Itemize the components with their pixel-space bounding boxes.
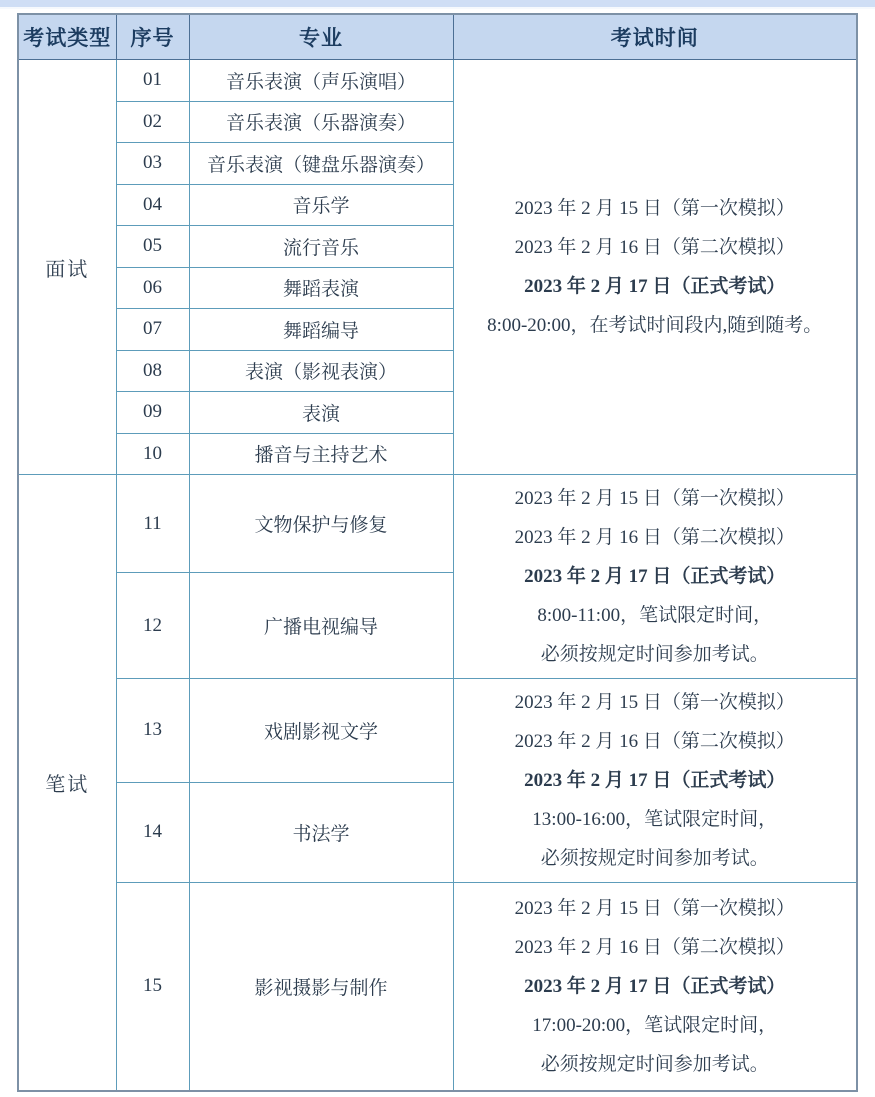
serial-cell: 14 (116, 782, 189, 882)
major-cell: 播音与主持艺术 (189, 433, 453, 475)
serial-cell: 12 (116, 573, 189, 679)
time-cell-written-group2: 2023 年 2 月 15 日（第一次模拟） 2023 年 2 月 16 日（第… (453, 679, 857, 883)
time-line: 17:00-20:00，笔试限定时间， (456, 1006, 855, 1045)
serial-cell: 13 (116, 679, 189, 783)
major-cell: 舞蹈表演 (189, 267, 453, 309)
time-cell-written-group1: 2023 年 2 月 15 日（第一次模拟） 2023 年 2 月 16 日（第… (453, 475, 857, 679)
time-line: 必须按规定时间参加考试。 (456, 635, 855, 674)
major-cell: 流行音乐 (189, 226, 453, 268)
header-exam-type: 考试类型 (18, 14, 116, 60)
header-row: 考试类型 序号 专业 考试时间 (18, 14, 857, 60)
major-cell: 戏剧影视文学 (189, 679, 453, 783)
time-line: 必须按规定时间参加考试。 (456, 839, 855, 878)
time-line: 2023 年 2 月 16 日（第二次模拟） (456, 518, 855, 557)
time-line: 2023 年 2 月 15 日（第一次模拟） (456, 683, 855, 722)
serial-cell: 11 (116, 475, 189, 573)
major-cell: 文物保护与修复 (189, 475, 453, 573)
header-major: 专业 (189, 14, 453, 60)
time-line: 2023 年 2 月 16 日（第二次模拟） (456, 928, 855, 967)
cropped-row-remnant (0, 0, 875, 9)
exam-schedule-table: 考试类型 序号 专业 考试时间 面试 01 音乐表演（声乐演唱） 2023 年 … (17, 13, 858, 1092)
serial-cell: 15 (116, 883, 189, 1091)
time-line-official: 2023 年 2 月 17 日（正式考试） (456, 761, 855, 800)
serial-cell: 04 (116, 184, 189, 226)
time-line: 2023 年 2 月 15 日（第一次模拟） (456, 479, 855, 518)
table-row: 13 戏剧影视文学 2023 年 2 月 15 日（第一次模拟） 2023 年 … (18, 679, 857, 783)
exam-type-interview: 面试 (18, 60, 116, 475)
time-line: 2023 年 2 月 15 日（第一次模拟） (456, 189, 855, 228)
table-row: 笔试 11 文物保护与修复 2023 年 2 月 15 日（第一次模拟） 202… (18, 475, 857, 573)
serial-cell: 02 (116, 101, 189, 143)
time-cell-interview: 2023 年 2 月 15 日（第一次模拟） 2023 年 2 月 16 日（第… (453, 60, 857, 475)
major-cell: 广播电视编导 (189, 573, 453, 679)
time-line: 13:00-16:00，笔试限定时间， (456, 800, 855, 839)
major-cell: 书法学 (189, 782, 453, 882)
serial-cell: 09 (116, 392, 189, 434)
table-row: 面试 01 音乐表演（声乐演唱） 2023 年 2 月 15 日（第一次模拟） … (18, 60, 857, 102)
serial-cell: 05 (116, 226, 189, 268)
table-row: 15 影视摄影与制作 2023 年 2 月 15 日（第一次模拟） 2023 年… (18, 883, 857, 1091)
exam-type-written: 笔试 (18, 475, 116, 1091)
time-line: 2023 年 2 月 16 日（第二次模拟） (456, 228, 855, 267)
time-line-official: 2023 年 2 月 17 日（正式考试） (456, 557, 855, 596)
header-exam-time: 考试时间 (453, 14, 857, 60)
time-line: 8:00-20:00，在考试时间段内,随到随考。 (456, 306, 855, 345)
major-cell: 音乐表演（声乐演唱） (189, 60, 453, 102)
major-cell: 音乐表演（乐器演奏） (189, 101, 453, 143)
serial-cell: 10 (116, 433, 189, 475)
time-cell-written-group3: 2023 年 2 月 15 日（第一次模拟） 2023 年 2 月 16 日（第… (453, 883, 857, 1091)
time-line-official: 2023 年 2 月 17 日（正式考试） (456, 967, 855, 1006)
serial-cell: 06 (116, 267, 189, 309)
major-cell: 音乐学 (189, 184, 453, 226)
time-line: 2023 年 2 月 15 日（第一次模拟） (456, 889, 855, 928)
major-cell: 音乐表演（键盘乐器演奏） (189, 143, 453, 185)
major-cell: 舞蹈编导 (189, 309, 453, 351)
time-line: 8:00-11:00，笔试限定时间， (456, 596, 855, 635)
page: 考试类型 序号 专业 考试时间 面试 01 音乐表演（声乐演唱） 2023 年 … (0, 0, 875, 1097)
header-serial: 序号 (116, 14, 189, 60)
time-line: 2023 年 2 月 16 日（第二次模拟） (456, 722, 855, 761)
serial-cell: 03 (116, 143, 189, 185)
serial-cell: 08 (116, 350, 189, 392)
major-cell: 表演（影视表演） (189, 350, 453, 392)
major-cell: 影视摄影与制作 (189, 883, 453, 1091)
time-line: 必须按规定时间参加考试。 (456, 1045, 855, 1084)
major-cell: 表演 (189, 392, 453, 434)
time-line-official: 2023 年 2 月 17 日（正式考试） (456, 267, 855, 306)
serial-cell: 07 (116, 309, 189, 351)
serial-cell: 01 (116, 60, 189, 102)
